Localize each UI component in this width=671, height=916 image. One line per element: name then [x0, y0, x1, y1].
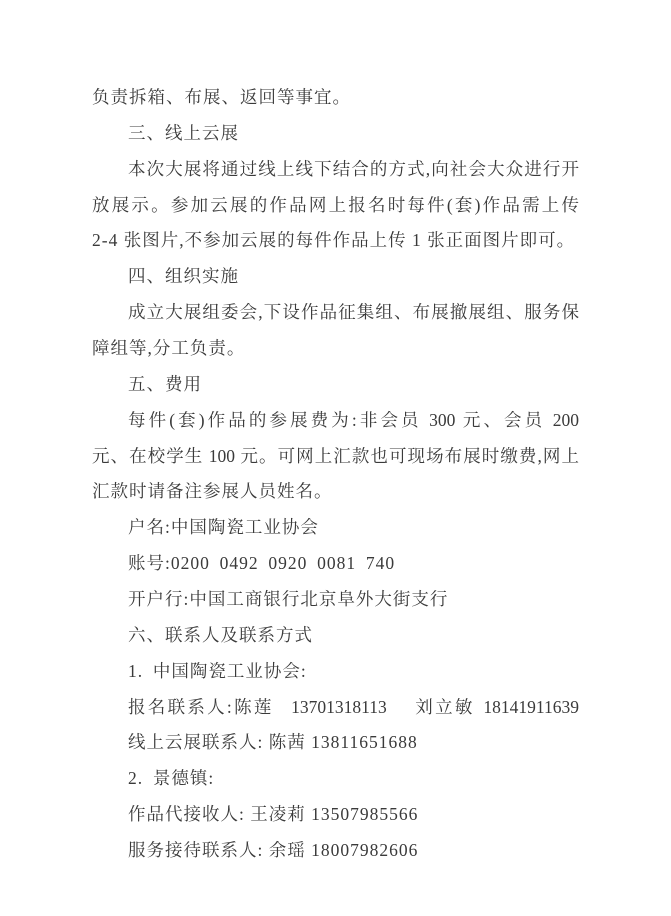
text-line-16: 六、联系人及联系方式 [92, 618, 579, 654]
text-line-9: 五、费用 [92, 367, 579, 403]
text-line-7: 成立大展组委会,下设作品征集组、布展撤展组、服务保 [92, 295, 579, 331]
document-text-body: 负责拆箱、布展、返回等事宜。三、线上云展本次大展将通过线上线下结合的方式,向社会… [92, 80, 579, 869]
text-line-18: 报名联系人:陈莲 13701318113 刘立敏 18141911639 [92, 690, 579, 726]
text-line-4: 放展示。参加云展的作品网上报名时每件(套)作品需上传 [92, 188, 579, 224]
text-line-3: 本次大展将通过线上线下结合的方式,向社会大众进行开 [92, 152, 579, 188]
text-line-13: 户名:中国陶瓷工业协会 [92, 510, 579, 546]
text-line-19: 线上云展联系人: 陈茜 13811651688 [92, 725, 579, 761]
text-line-1: 负责拆箱、布展、返回等事宜。 [92, 80, 579, 116]
text-line-20: 2. 景德镇: [92, 761, 579, 797]
text-line-21: 作品代接收人: 王凌莉 13507985566 [92, 797, 579, 833]
text-line-6: 四、组织实施 [92, 259, 579, 295]
text-line-17: 1. 中国陶瓷工业协会: [92, 654, 579, 690]
text-line-22: 服务接待联系人: 余瑶 18007982606 [92, 833, 579, 869]
text-line-15: 开户行:中国工商银行北京阜外大街支行 [92, 582, 579, 618]
text-line-14: 账号:0200 0492 0920 0081 740 [92, 546, 579, 582]
text-line-11: 元、在校学生 100 元。可网上汇款也可现场布展时缴费,网上 [92, 439, 579, 475]
text-line-8: 障组等,分工负责。 [92, 331, 579, 367]
text-line-10: 每件(套)作品的参展费为:非会员 300 元、会员 200 [92, 403, 579, 439]
text-line-12: 汇款时请备注参展人员姓名。 [92, 474, 579, 510]
text-line-5: 2-4 张图片,不参加云展的每件作品上传 1 张正面图片即可。 [92, 223, 579, 259]
text-line-2: 三、线上云展 [92, 116, 579, 152]
document-page: 负责拆箱、布展、返回等事宜。三、线上云展本次大展将通过线上线下结合的方式,向社会… [0, 0, 671, 916]
